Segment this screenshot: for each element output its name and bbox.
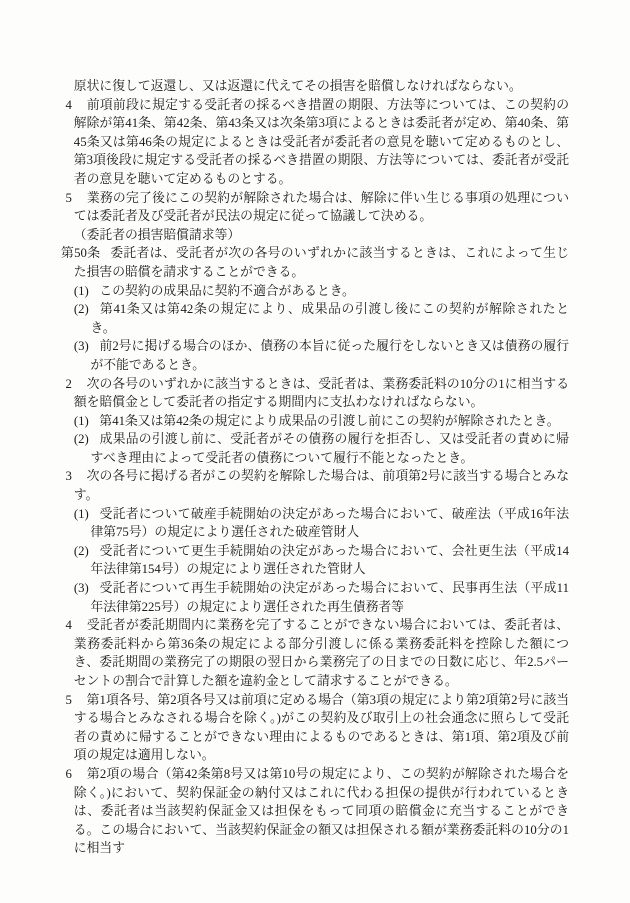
paragraph-number: 5 bbox=[61, 691, 87, 710]
paragraph-text: この契約の成果品に契約不適合があるとき。 bbox=[99, 284, 354, 298]
paragraph: 4受託者が委託期間内に業務を完了することができない場合においては、委託者は、業務… bbox=[61, 616, 569, 690]
paragraph-number: (3) bbox=[74, 579, 100, 598]
paragraph-text: 受託者が委託期間内に業務を完了することができない場合においては、委託者は、業務委… bbox=[74, 618, 569, 688]
paragraph-number: 3 bbox=[61, 467, 87, 486]
paragraph: (2)受託者について更生手続開始の決定があった場合において、会社更生法（平成14… bbox=[61, 542, 569, 579]
paragraph-text: 委託者は、受託者が次の各号のいずれかに該当するときは、これによって生じた損害の賠… bbox=[74, 246, 569, 279]
paragraph: (2)第41条又は第42条の規定により、成果品の引渡し後にこの契約が解除されたと… bbox=[61, 300, 569, 337]
paragraph-text: 第2項の場合（第42条第8号又は第10号の規定により、この契約が解除された場合を… bbox=[74, 767, 569, 855]
paragraph-number: (1) bbox=[74, 282, 100, 301]
paragraph: (3)前2号に掲げる場合のほか、債務の本旨に従った履行をしないとき又は債務の履行… bbox=[61, 337, 569, 374]
paragraph-number: 5 bbox=[61, 189, 87, 208]
paragraph: 4前項前段に規定する受託者の採るべき措置の期限、方法等については、この契約の解除… bbox=[61, 96, 569, 189]
paragraph: 2次の各号のいずれかに該当するときは、受託者は、業務委託料の10分の1に相当する… bbox=[61, 375, 569, 412]
paragraph-text: 第1項各号、第2項各号又は前項に定める場合（第3項の規定により第2項第2号に該当… bbox=[74, 693, 569, 763]
paragraph-number: (3) bbox=[74, 337, 100, 356]
paragraph: 原状に復して返還し、又は返還に代えてその損害を賠償しなければならない。 bbox=[61, 77, 569, 96]
paragraph-text: 次の各号のいずれかに該当するときは、受託者は、業務委託料の10分の1に相当する額… bbox=[74, 377, 569, 410]
paragraph-text: 受託者について再生手続開始の決定があった場合において、民事再生法（平成11年法律… bbox=[90, 581, 569, 614]
paragraph-number: (2) bbox=[74, 300, 100, 319]
paragraph-text: （委託者の損害賠償請求等） bbox=[74, 228, 240, 242]
paragraph: 5第1項各号、第2項各号又は前項に定める場合（第3項の規定により第2項第2号に該… bbox=[61, 691, 569, 765]
paragraph-text: 第41条又は第42条の規定により、成果品の引渡し後にこの契約が解除されたとき。 bbox=[90, 302, 569, 335]
paragraph-number: (1) bbox=[74, 505, 100, 524]
document-body: 原状に復して返還し、又は返還に代えてその損害を賠償しなければならない。 4前項前… bbox=[61, 77, 569, 858]
paragraph-number: (1) bbox=[74, 412, 100, 431]
paragraph-text: 成果品の引渡し前に、受託者がその債務の履行を拒否し、又は受託者の責めに帰すべき理… bbox=[90, 432, 569, 465]
paragraph-number: (2) bbox=[74, 430, 100, 449]
paragraph: （委託者の損害賠償請求等） bbox=[61, 226, 569, 245]
paragraph-text: 業務の完了後にこの契約が解除された場合は、解除に伴い生じる事項の処理については委… bbox=[74, 191, 569, 224]
paragraph-text: 受託者について更生手続開始の決定があった場合において、会社更生法（平成14年法律… bbox=[90, 544, 569, 577]
paragraph-text: 次の各号に掲げる者がこの契約を解除した場合は、前項第2号に該当する場合とみなす。 bbox=[74, 469, 569, 502]
paragraph-text: 前項前段に規定する受託者の採るべき措置の期限、方法等については、この契約の解除が… bbox=[74, 98, 569, 186]
paragraph-text: 原状に復して返還し、又は返還に代えてその損害を賠償しなければならない。 bbox=[74, 79, 522, 93]
paragraph: 第50条委託者は、受託者が次の各号のいずれかに該当するときは、これによって生じた… bbox=[61, 244, 569, 281]
paragraph: (1)この契約の成果品に契約不適合があるとき。 bbox=[61, 282, 569, 301]
paragraph: (1)受託者について破産手続開始の決定があった場合において、破産法（平成16年法… bbox=[61, 505, 569, 542]
paragraph: 5業務の完了後にこの契約が解除された場合は、解除に伴い生じる事項の処理については… bbox=[61, 189, 569, 226]
document-page: 原状に復して返還し、又は返還に代えてその損害を賠償しなければならない。 4前項前… bbox=[0, 0, 630, 903]
paragraph-text: 受託者について破産手続開始の決定があった場合において、破産法（平成16年法律第7… bbox=[90, 507, 569, 540]
paragraph-text: 第41条又は第42条の規定により成果品の引渡し前にこの契約が解除されたとき。 bbox=[99, 414, 559, 428]
paragraph-number: 第50条 bbox=[61, 246, 100, 260]
paragraph: (2)成果品の引渡し前に、受託者がその債務の履行を拒否し、又は受託者の責めに帰す… bbox=[61, 430, 569, 467]
paragraph-number: 2 bbox=[61, 375, 87, 394]
paragraph-text: 前2号に掲げる場合のほか、債務の本旨に従った履行をしないとき又は債務の履行が不能… bbox=[90, 339, 569, 372]
paragraph-number: 4 bbox=[61, 616, 87, 635]
paragraph-number: (2) bbox=[74, 542, 100, 561]
paragraph-number: 6 bbox=[61, 765, 87, 784]
paragraph: (1)第41条又は第42条の規定により成果品の引渡し前にこの契約が解除されたとき… bbox=[61, 412, 569, 431]
paragraph: 3次の各号に掲げる者がこの契約を解除した場合は、前項第2号に該当する場合とみなす… bbox=[61, 467, 569, 504]
paragraph: (3)受託者について再生手続開始の決定があった場合において、民事再生法（平成11… bbox=[61, 579, 569, 616]
paragraph: 6第2項の場合（第42条第8号又は第10号の規定により、この契約が解除された場合… bbox=[61, 765, 569, 858]
paragraph-number: 4 bbox=[61, 96, 87, 115]
